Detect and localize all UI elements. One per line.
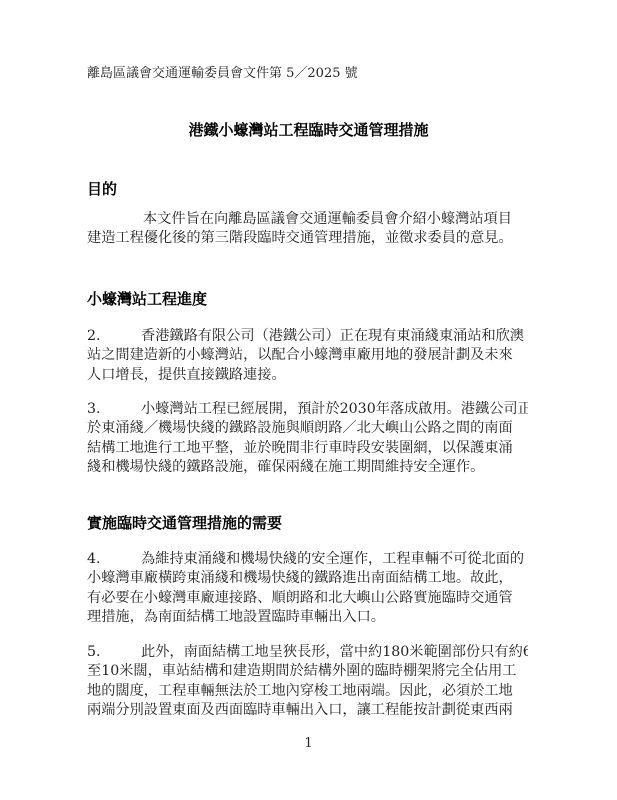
paragraph-line: 地的闊度，工程車輛無法於工地內穿梭工地兩端。因此，必須於工地 <box>87 682 528 701</box>
paragraph-line: 5.此外，南面結構工地呈狹長形，當中約180米範圍部份只有約6 <box>87 643 528 662</box>
paragraph-line: 4.為維持東涌綫和機場快綫的安全運作，工程車輛不可從北面的 <box>87 550 528 569</box>
section-heading-need: 實施臨時交通管理措施的需要 <box>87 514 282 532</box>
paragraph-line: 小蠔灣車廠橫跨東涌綫和機場快綫的鐵路進出南面結構工地。故此， <box>87 569 528 588</box>
document-page: 離島區議會交通運輸委員會文件第 5／2025 號 港鐵小蠔灣站工程臨時交通管理措… <box>0 0 617 800</box>
paragraph-line: 於東涌綫／機場快綫的鐵路設施與順朗路／北大嶼山公路之間的南面 <box>87 419 528 438</box>
paragraph-5: 5.此外，南面結構工地呈狹長形，當中約180米範圍部份只有約6 至10米闊，車站… <box>87 643 528 721</box>
paragraph-1: 本文件旨在向離島區議會交通運輸委員會介紹小蠔灣站項目 建造工程優化後的第三階段臨… <box>87 210 528 249</box>
paragraph-line: 兩端分別設置東面及西面臨時車輛出入口，讓工程能按計劃從東西兩 <box>87 701 528 720</box>
paragraph-line: 人口增長，提供直接鐵路連接。 <box>87 366 528 385</box>
paragraph-line: 2.香港鐵路有限公司（港鐵公司）正在現有東涌綫東涌站和欣澳 <box>87 327 528 346</box>
paragraph-4: 4.為維持東涌綫和機場快綫的安全運作，工程車輛不可從北面的 小蠔灣車廠橫跨東涌綫… <box>87 550 528 628</box>
paragraph-3: 3.小蠔灣站工程已經展開，預計於2030年落成啟用。港鐵公司正 於東涌綫／機場快… <box>87 400 528 478</box>
section-heading-progress: 小蠔灣站工程進度 <box>87 290 207 308</box>
paragraph-number: 4. <box>87 550 141 569</box>
paragraph-number: 2. <box>87 327 141 346</box>
paragraph-number: 5. <box>87 643 141 662</box>
paragraph-line: 站之間建造新的小蠔灣站，以配合小蠔灣車廠用地的發展計劃及未來 <box>87 346 528 365</box>
paragraph-line: 綫和機場快綫的鐵路設施，確保兩綫在施工期間維持安全運作。 <box>87 458 528 477</box>
paragraph-line: 結構工地進行工地平整，並於晚間非行車時段安裝圍網，以保護東涌 <box>87 439 528 458</box>
document-reference: 離島區議會交通運輸委員會文件第 5／2025 號 <box>87 66 358 82</box>
paragraph-number: 3. <box>87 400 141 419</box>
paragraph-line: 建造工程優化後的第三階段臨時交通管理措施，並徵求委員的意見。 <box>87 229 528 248</box>
paragraph-line: 3.小蠔灣站工程已經展開，預計於2030年落成啟用。港鐵公司正 <box>87 400 528 419</box>
paragraph-line: 至10米闊，車站結構和建造期間於結構外圍的臨時棚架將完全佔用工 <box>87 662 528 681</box>
paragraph-2: 2.香港鐵路有限公司（港鐵公司）正在現有東涌綫東涌站和欣澳 站之間建造新的小蠔灣… <box>87 327 528 385</box>
page-number: 1 <box>0 736 617 752</box>
paragraph-line: 理措施，為南面結構工地設置臨時車輛出入口。 <box>87 608 528 627</box>
document-title: 港鐵小蠔灣站工程臨時交通管理措施 <box>0 121 617 139</box>
paragraph-line: 有必要在小蠔灣車廠連接路、順朗路和北大嶼山公路實施臨時交通管 <box>87 589 528 608</box>
section-heading-purpose: 目的 <box>87 180 117 198</box>
paragraph-line: 本文件旨在向離島區議會交通運輸委員會介紹小蠔灣站項目 <box>87 210 528 229</box>
